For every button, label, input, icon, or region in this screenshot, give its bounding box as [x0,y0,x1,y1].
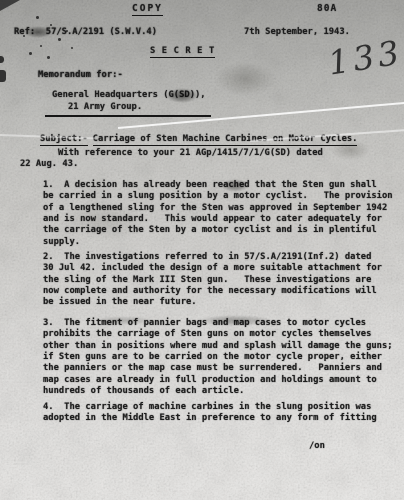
ink-dot [36,16,39,19]
classification-stamp: S E C R E T [150,46,215,58]
paragraph-2: 2. The investigations referred to in 57/… [43,252,382,309]
document-date: 7th September, 1943. [244,27,350,37]
ink-dot [58,38,61,41]
scanned-memo-page: COPY 80A Ref: 57/S.A/2191 (S.W.V.4) 7th … [0,0,404,500]
addressee-line-2: 21 Army Group. [68,102,142,112]
page-number: 80A [317,3,337,14]
opening-line-1: With reference to your 21 AGp/1415/7/1/G… [58,148,323,158]
typed-line: the panniers or the map case must be sur… [43,363,393,374]
typed-line: hundreds of thousands of each article. [43,386,393,397]
typed-line: 3. The fitment of pannier bags and map c… [43,318,393,329]
ink-dot [29,52,32,55]
subject-text: Carriage of Sten Machine Carbines on Mot… [93,134,358,146]
scan-corner-shadow [0,0,20,11]
reference-number: Ref: 57/S.A/2191 (S.W.V.4) [14,27,157,37]
ink-dot [71,47,73,49]
typed-line: other than in positions where mud and sp… [43,341,393,352]
typed-line: and is now standard. This would appear t… [43,214,393,225]
subject-line: Subject:-Carriage of Sten Machine Carbin… [40,126,357,146]
copy-stamp: COPY [132,3,163,16]
ink-dot [50,24,52,26]
typed-line: if Sten guns are to be carried on the mo… [43,352,393,363]
typed-line: supply. [43,237,393,248]
addressee-underline [45,115,211,117]
typed-line: be carried in a slung position by a moto… [43,191,393,202]
typed-line: the carriage of the Sten by a motor cycl… [43,225,393,236]
typed-line: 4. The carriage of machine carbines in t… [43,402,377,413]
paragraph-1: 1. A decision has already been reached t… [43,180,393,248]
typed-line: be issued in the near future. [43,297,382,308]
opening-line-2: 22 Aug. 43. [20,159,78,169]
paragraph-4: 4. The carriage of machine carbines in t… [43,402,377,425]
typed-line: adopted in the Middle East in preference… [43,413,377,424]
typed-line: map cases are already in full production… [43,375,393,386]
handwritten-folio-number: 133 [325,32,404,82]
typed-line: 30 Jul 42. included the design of a more… [43,263,382,274]
memo-for-label: Memorandum for:- [38,70,123,80]
subject-label: Subject:- [40,134,88,146]
typed-line: the sling of the Mark III Sten gun. Thes… [43,275,382,286]
continuation-mark: /on [309,441,325,451]
addressee-line-1: General Headquarters (G(SD)), [52,90,206,100]
paragraph-3: 3. The fitment of pannier bags and map c… [43,318,393,397]
paper-stain [215,62,275,96]
typed-line: of a lengthened sling for the Sten was a… [43,203,393,214]
scan-edge-mark [0,70,6,82]
typed-line: 2. The investigations referred to in 57/… [43,252,382,263]
scan-edge-mark [0,56,4,63]
ink-dot [47,56,50,59]
ink-dot [40,45,42,47]
typed-line: 1. A decision has already been reached t… [43,180,393,191]
typed-line: now complete and authority for the neces… [43,286,382,297]
typed-line: prohibits the carriage of Sten guns on m… [43,329,393,340]
